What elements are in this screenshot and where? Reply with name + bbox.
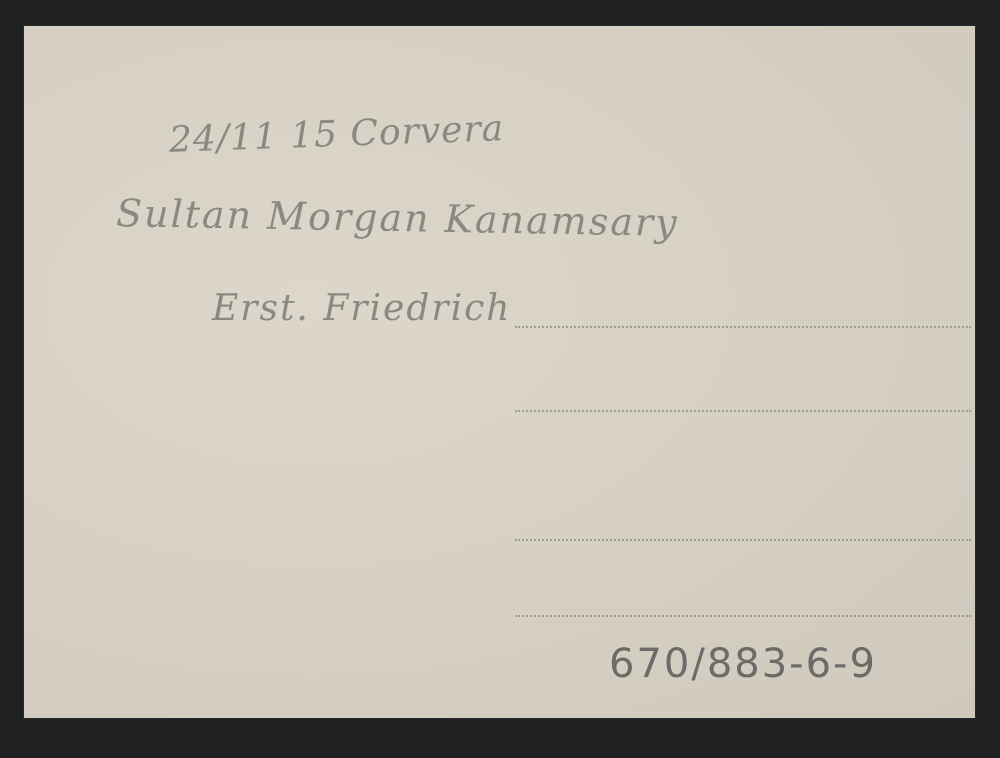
handwritten-date-place: 24/11 15 Corvera — [168, 108, 504, 161]
address-line-2 — [515, 410, 971, 412]
postcard-back: 24/11 15 Corvera Sultan Morgan Kanamsary… — [24, 26, 975, 718]
handwritten-signature: Erst. Friedrich — [212, 288, 511, 329]
archive-number: 670/883-6-9 — [609, 641, 877, 687]
handwritten-name: Sultan Morgan Kanamsary — [116, 191, 679, 245]
address-line-4 — [515, 615, 971, 617]
address-line-1 — [515, 326, 971, 328]
address-line-3 — [515, 539, 971, 541]
